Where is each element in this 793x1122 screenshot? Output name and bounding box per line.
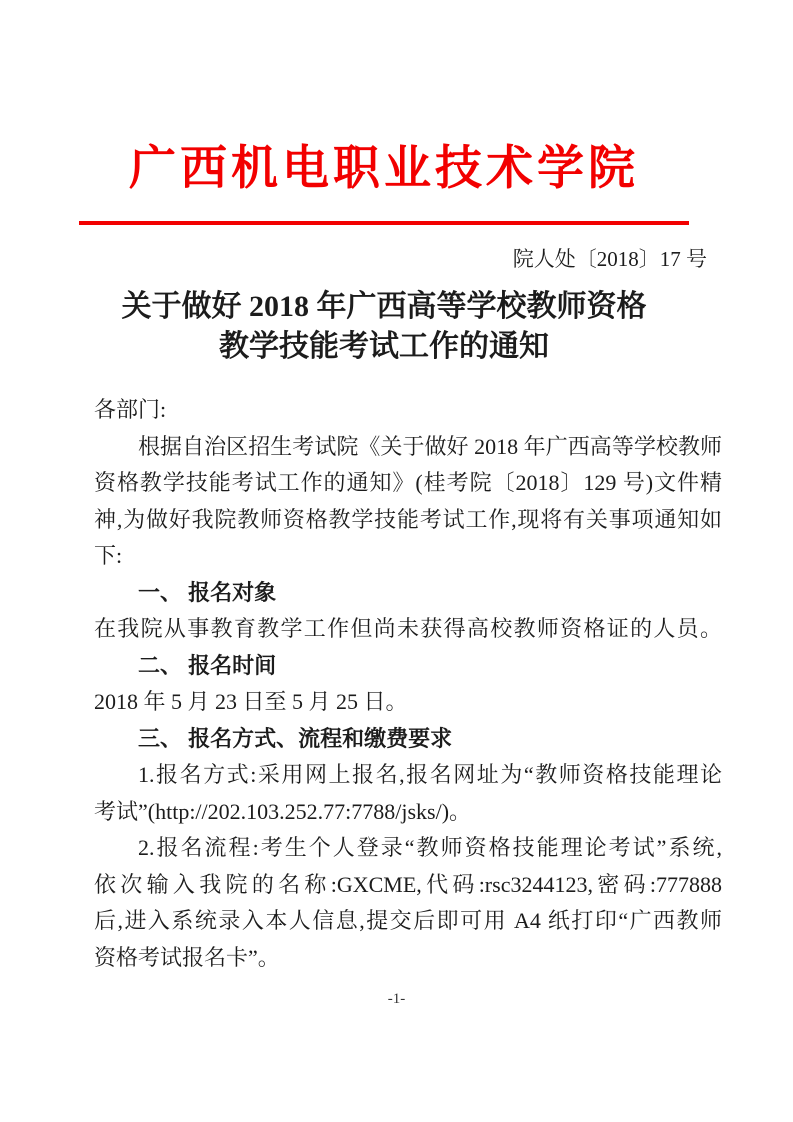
- red-separator-line: [79, 221, 689, 225]
- section-3-item-2-line-1: 2.报名流程:考生个人登录“教师资格技能理论考试”系统,: [94, 830, 722, 867]
- salutation: 各部门:: [94, 392, 722, 429]
- section-3-item-2-line-3: 后,进入系统录入本人信息,提交后即可用 A4 纸打印“广西教师: [94, 903, 722, 940]
- document-body: 各部门: 根据自治区招生考试院《关于做好 2018 年广西高等学校教师 资格教学…: [94, 392, 722, 976]
- intro-line-3: 神,为做好我院教师资格教学技能考试工作,现将有关事项通知如: [94, 502, 722, 539]
- notice-title: 关于做好 2018 年广西高等学校教师资格 教学技能考试工作的通知: [79, 287, 689, 367]
- section-1-body: 在我院从事教育教学工作但尚未获得高校教师资格证的人员。: [94, 611, 722, 648]
- notice-title-line-2: 教学技能考试工作的通知: [79, 327, 689, 367]
- intro-line-2: 资格教学技能考试工作的通知》(桂考院〔2018〕129 号)文件精: [94, 465, 722, 502]
- section-3-item-2-line-4: 资格考试报名卡”。: [94, 940, 722, 977]
- section-2-body: 2018 年 5 月 23 日至 5 月 25 日。: [94, 684, 722, 721]
- school-name-letterhead: 广西机电职业技术学院: [79, 140, 689, 198]
- section-2-heading: 二、 报名时间: [94, 648, 722, 685]
- intro-line-4: 下:: [94, 538, 722, 575]
- section-1-heading: 一、 报名对象: [94, 575, 722, 612]
- section-3-item-1-line-1: 1.报名方式:采用网上报名,报名网址为“教师资格技能理论: [94, 757, 722, 794]
- page-number: -1-: [0, 991, 793, 1008]
- section-3-item-2-line-2: 依次输入我院的名称:GXCME,代码:rsc3244123,密码:777888: [94, 867, 722, 904]
- section-3-heading: 三、 报名方式、流程和缴费要求: [94, 721, 722, 758]
- intro-line-1: 根据自治区招生考试院《关于做好 2018 年广西高等学校教师: [94, 429, 722, 466]
- notice-title-line-1: 关于做好 2018 年广西高等学校教师资格: [79, 287, 689, 327]
- section-3-item-1-line-2: 考试”(http://202.103.252.77:7788/jsks/)。: [94, 794, 722, 831]
- document-page: 广西机电职业技术学院 院人处〔2018〕17 号 关于做好 2018 年广西高等…: [0, 0, 793, 1122]
- document-number: 院人处〔2018〕17 号: [513, 244, 707, 274]
